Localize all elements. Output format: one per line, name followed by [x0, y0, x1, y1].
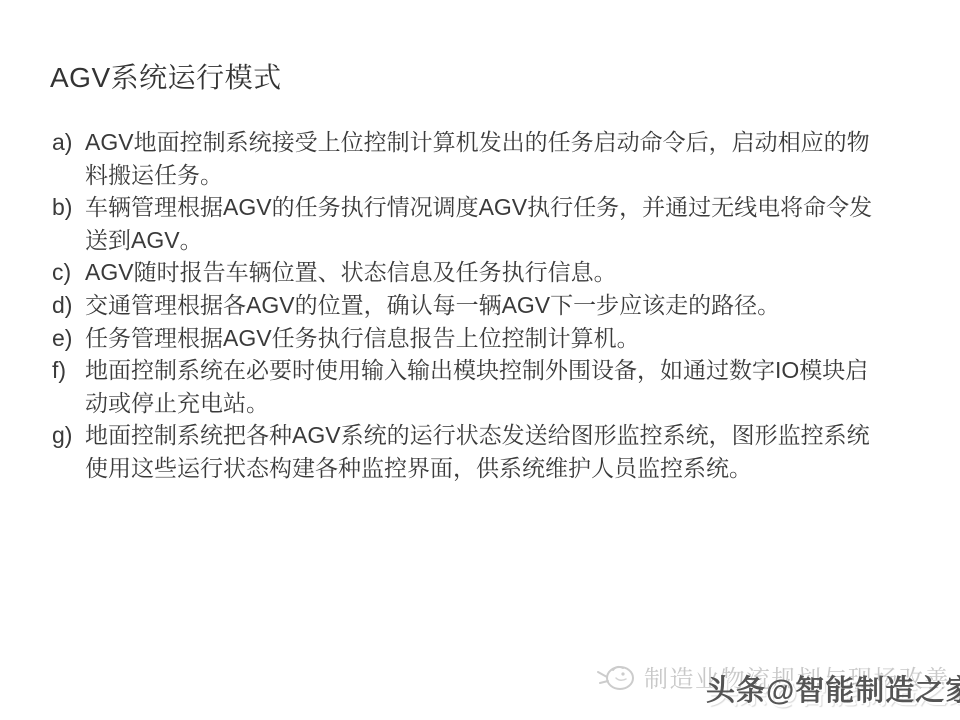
list-item-text: AGV随时报告车辆位置、状态信息及任务执行信息。	[85, 256, 918, 289]
list-item-marker: c)	[52, 256, 85, 289]
list-item: a) AGV地面控制系统接受上位控制计算机发出的任务启动命令后，启动相应的物 料…	[52, 126, 918, 191]
list-item-text: 车辆管理根据AGV的任务执行情况调度AGV执行任务，并通过无线电将命令发 送到A…	[85, 191, 918, 256]
list-item-marker: b)	[52, 191, 85, 224]
list-item-text: 地面控制系统把各种AGV系统的运行状态发送给图形监控系统，图形监控系统 使用这些…	[85, 419, 918, 484]
list-item-text: 交通管理根据各AGV的位置，确认每一辆AGV下一步应该走的路径。	[85, 289, 918, 322]
list-item-text: AGV地面控制系统接受上位控制计算机发出的任务启动命令后，启动相应的物 料搬运任…	[85, 126, 918, 191]
list-item: d) 交通管理根据各AGV的位置，确认每一辆AGV下一步应该走的路径。	[52, 289, 918, 322]
list-item-marker: a)	[52, 126, 85, 159]
bullet-list: a) AGV地面控制系统接受上位控制计算机发出的任务启动命令后，启动相应的物 料…	[52, 126, 918, 485]
list-item-marker: e)	[52, 322, 85, 355]
watermark-toutiao: 头条@智能制造之家	[706, 668, 960, 709]
list-item: g) 地面控制系统把各种AGV系统的运行状态发送给图形监控系统，图形监控系统 使…	[52, 419, 918, 484]
list-item: f) 地面控制系统在必要时使用输入输出模块控制外围设备，如通过数字IO模块启 动…	[52, 354, 918, 419]
list-item-marker: d)	[52, 289, 85, 322]
slide: AGV系统运行模式 a) AGV地面控制系统接受上位控制计算机发出的任务启动命令…	[0, 0, 960, 720]
list-item: c) AGV随时报告车辆位置、状态信息及任务执行信息。	[52, 256, 918, 289]
list-item-marker: f)	[52, 354, 85, 387]
list-item-text: 地面控制系统在必要时使用输入输出模块控制外围设备，如通过数字IO模块启 动或停止…	[85, 354, 918, 419]
list-item: e) 任务管理根据AGV任务执行信息报告上位控制计算机。	[52, 322, 918, 355]
list-item-text: 任务管理根据AGV任务执行信息报告上位控制计算机。	[85, 322, 918, 355]
watermark-toutiao-text: 头条@智能制造之家	[706, 675, 960, 707]
list-item: b) 车辆管理根据AGV的任务执行情况调度AGV执行任务，并通过无线电将命令发 …	[52, 191, 918, 256]
list-item-marker: g)	[52, 419, 85, 452]
bird-doodle-icon	[596, 658, 638, 694]
page-title: AGV系统运行模式	[50, 56, 282, 96]
